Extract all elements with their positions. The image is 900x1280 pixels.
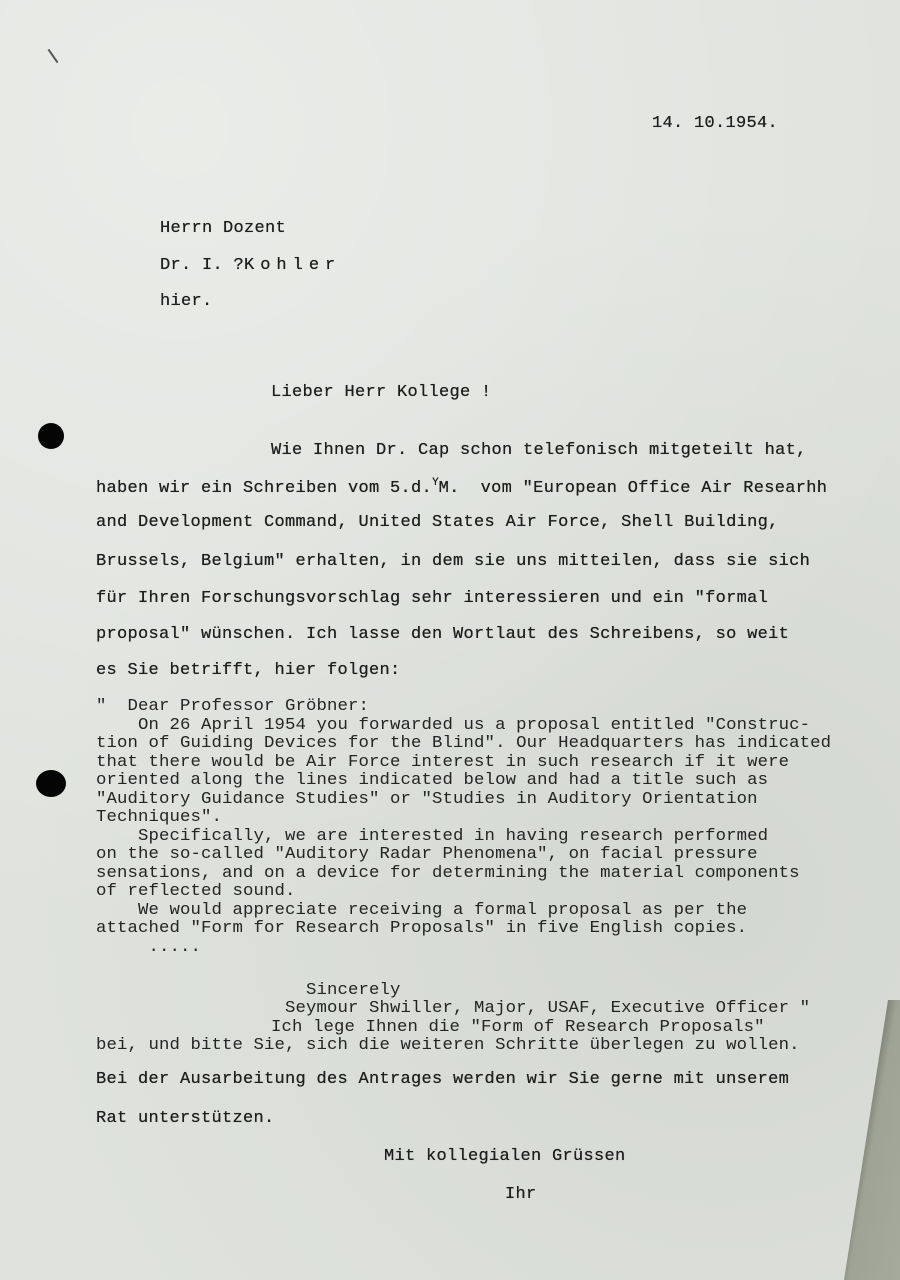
quoted-letter-line: Specifically, we are interested in havin… (96, 827, 768, 846)
body-line-part: M. vom "European Office Air Researhh (439, 479, 828, 498)
quoted-letter-line: Seymour Shwiller, Major, USAF, Executive… (96, 999, 810, 1018)
quoted-letter-line: ..... (96, 938, 201, 957)
recipient-surname: Kohler (244, 256, 341, 275)
quoted-letter-line: that there would be Air Force interest i… (96, 753, 789, 772)
letter-date: 14. 10.1954. (652, 114, 778, 133)
quoted-letter-line: of reflected sound. (96, 882, 296, 901)
page-edge-shadow (820, 1000, 900, 1280)
quoted-letter-line: attached "Form for Research Proposals" i… (96, 919, 747, 938)
punch-hole-icon (38, 423, 64, 449)
body-line: Ich lege Ihnen die "Form of Research Pro… (271, 1018, 765, 1037)
body-line: bei, und bitte Sie, sich die weiteren Sc… (96, 1036, 800, 1055)
quoted-letter-line: Techniques". (96, 808, 222, 827)
body-line: Wie Ihnen Dr. Cap schon telefonisch mitg… (271, 441, 807, 460)
quoted-letter-line: We would appreciate receiving a formal p… (96, 901, 747, 920)
quoted-letter-line: tion of Guiding Devices for the Blind". … (96, 734, 831, 753)
punch-hole-icon (36, 770, 66, 797)
recipient-location: hier. (160, 292, 213, 311)
recipient-name: Dr. I. ?Kohler (160, 256, 341, 275)
quoted-letter-line: " Dear Professor Gröbner: (96, 697, 369, 716)
body-line: Bei der Ausarbeitung des Antrages werden… (96, 1070, 789, 1089)
body-line: es Sie betrifft, hier folgen: (96, 661, 401, 680)
quoted-letter-line: "Auditory Guidance Studies" or "Studies … (96, 790, 758, 809)
closing: Mit kollegialen Grüssen (384, 1147, 626, 1166)
superscript-mark: Y (432, 477, 439, 489)
body-line: Brussels, Belgium" erhalten, in dem sie … (96, 552, 810, 571)
signature: Ihr (505, 1185, 537, 1204)
quoted-letter-line: sensations, and on a device for determin… (96, 864, 800, 883)
body-line: für Ihren Forschungsvorschlag sehr inter… (96, 589, 768, 608)
recipient-title: Herrn Dozent (160, 219, 286, 238)
body-line: haben wir ein Schreiben vom 5.d.YM. vom … (96, 477, 827, 498)
quoted-letter-line: oriented along the lines indicated below… (96, 771, 768, 790)
quoted-letter-line: Sincerely (96, 981, 401, 1000)
body-line: and Development Command, United States A… (96, 513, 779, 532)
body-line: Rat unterstützen. (96, 1109, 275, 1128)
quoted-letter-line: on the so-called "Auditory Radar Phenome… (96, 845, 758, 864)
recipient-name-prefix: Dr. I. ? (160, 256, 244, 275)
salutation: Lieber Herr Kollege ! (271, 383, 492, 402)
paper-scratch-mark (48, 49, 59, 63)
body-line-part: haben wir ein Schreiben vom 5.d. (96, 479, 432, 498)
quoted-letter-line: On 26 April 1954 you forwarded us a prop… (96, 716, 810, 735)
letter-page: 14. 10.1954. Herrn Dozent Dr. I. ?Kohler… (0, 0, 900, 1280)
body-line: proposal" wünschen. Ich lasse den Wortla… (96, 625, 789, 644)
